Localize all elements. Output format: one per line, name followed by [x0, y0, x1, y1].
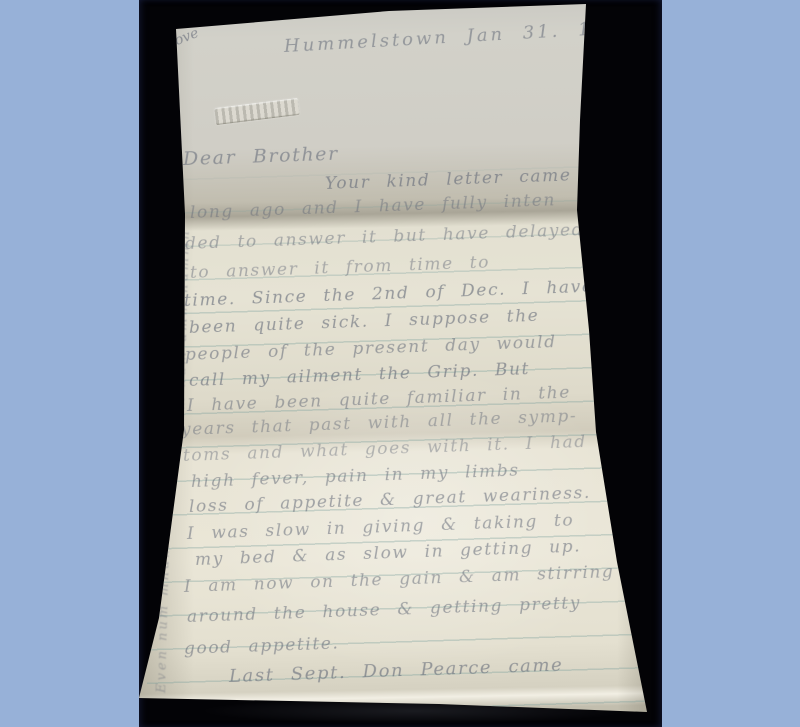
embossed-stamp — [214, 98, 299, 125]
photo-mat: Hummelstown Jan 31. 1872 love when he wo… — [0, 0, 800, 727]
date-line: Hummelstown Jan 31. 1872 — [283, 16, 636, 57]
margin-note-upper: when he would send — [160, 52, 180, 242]
letter-photo: Hummelstown Jan 31. 1872 love when he wo… — [139, 0, 662, 727]
letter-paper: Hummelstown Jan 31. 1872 love when he wo… — [139, 0, 662, 727]
margin-corner-word: love — [168, 25, 201, 51]
